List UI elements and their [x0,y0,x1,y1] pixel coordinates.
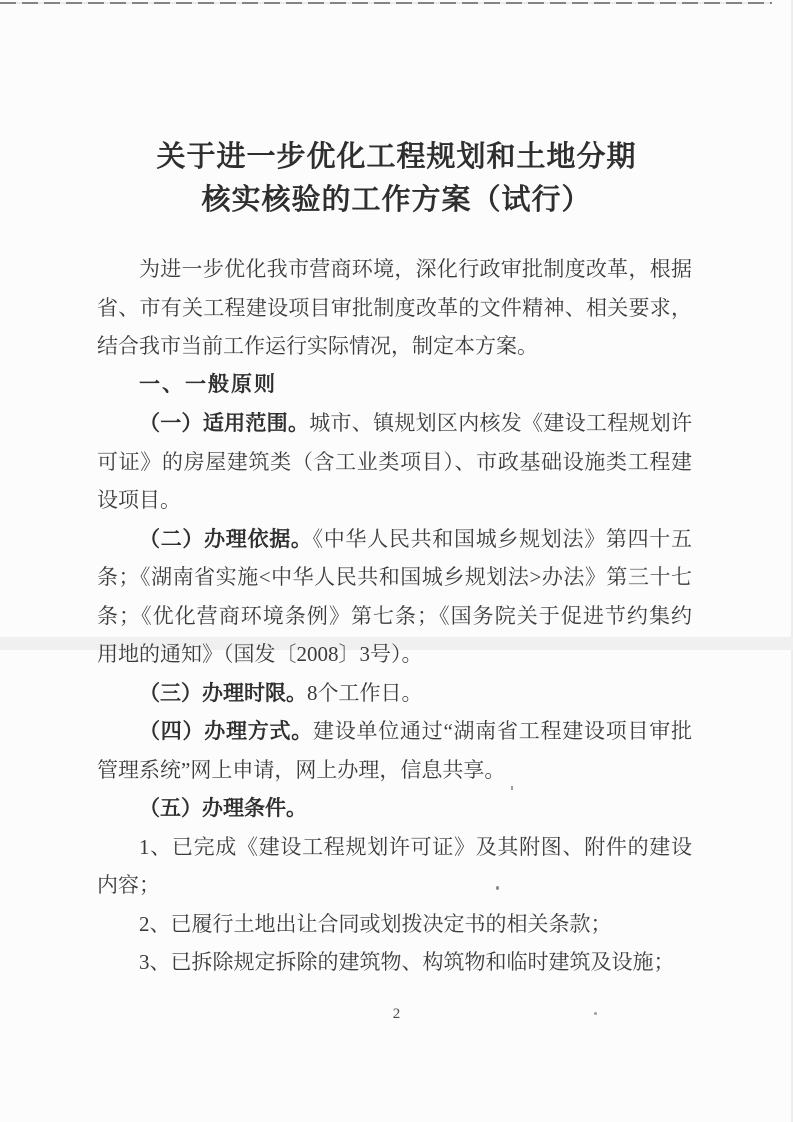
bold-text-segment: （三）办理时限。 [139,681,307,705]
text-line: 管理系统”网上申请，网上办理，信息共享。 [97,751,692,790]
text-line: （一）适用范围。城市、镇规划区内核发《建设工程规划许 [97,404,692,443]
document-title: 关于进一步优化工程规划和土地分期 核实核验的工作方案（试行） [0,0,793,222]
text-segment: 设项目。 [97,488,181,512]
text-line: （四）办理方式。建设单位通过“湖南省工程建设项目审批 [97,712,692,751]
text-segment: 《中华人民共和国城乡规划法》第四十五 [313,527,692,551]
scan-speck [594,1012,597,1015]
text-line: 条；《湖南省实施<中华人民共和国城乡规划法>办法》第三十七 [97,558,692,597]
title-line-2: 核实核验的工作方案（试行） [0,179,793,222]
bold-text-segment: （四）办理方式。 [139,719,313,743]
text-line: 可证》的房屋建筑类（含工业类项目）、市政基础设施类工程建 [97,443,692,482]
text-line: 3、已拆除规定拆除的建筑物、构筑物和临时建筑及设施； [97,943,692,982]
text-line: 省、市有关工程建设项目审批制度改革的文件精神、相关要求， [97,289,692,328]
scanned-document-page: 关于进一步优化工程规划和土地分期 核实核验的工作方案（试行） 为进一步优化我市营… [0,0,793,1122]
bold-text-segment: （五）办理条件。 [139,796,307,820]
bold-text-segment: （二）办理依据。 [139,527,313,551]
title-line-1: 关于进一步优化工程规划和土地分期 [0,136,793,179]
bold-text-segment: （一）适用范围。 [139,411,309,435]
text-line: （五）办理条件。 [97,789,692,828]
text-segment: 条；《湖南省实施<中华人民共和国城乡规划法>办法》第三十七 [97,565,692,589]
text-line: 结合我市当前工作运行实际情况，制定本方案。 [97,327,692,366]
scan-speck [496,886,499,890]
text-line: 内容； [97,866,692,905]
document-content: 关于进一步优化工程规划和土地分期 核实核验的工作方案（试行） 为进一步优化我市营… [0,0,793,982]
text-segment: 城市、镇规划区内核发《建设工程规划许 [309,411,692,435]
text-line: （二）办理依据。《中华人民共和国城乡规划法》第四十五 [97,520,692,559]
text-line: 设项目。 [97,481,692,520]
section-heading: 一、一般原则 [97,366,692,405]
text-segment: 结合我市当前工作运行实际情况，制定本方案。 [97,334,538,358]
text-segment: 可证》的房屋建筑类（含工业类项目）、市政基础设施类工程建 [97,450,692,474]
text-line: （三）办理时限。8个工作日。 [97,674,692,713]
text-segment: 用地的通知》（国发〔2008〕3号）。 [97,642,423,666]
text-segment: 为进一步优化我市营商环境，深化行政审批制度改革，根据 [139,257,692,281]
text-line: 用地的通知》（国发〔2008〕3号）。 [97,635,692,674]
text-segment: 管理系统”网上申请，网上办理，信息共享。 [97,758,505,782]
text-line: 2、已履行土地出让合同或划拨决定书的相关条款； [97,905,692,944]
bold-text-segment: 一、一般原则 [139,373,277,396]
document-body: 为进一步优化我市营商环境，深化行政审批制度改革，根据省、市有关工程建设项目审批制… [97,250,692,982]
text-segment: 内容； [97,873,160,897]
text-line: 条；《优化营商环境条例》第七条；《国务院关于促进节约集约 [97,597,692,636]
scan-speck [511,786,513,790]
text-segment: 条；《优化营商环境条例》第七条；《国务院关于促进节约集约 [97,604,692,628]
text-segment: 3、已拆除规定拆除的建筑物、构筑物和临时建筑及设施； [139,950,675,974]
text-segment: 2、已履行土地出让合同或划拨决定书的相关条款； [139,912,612,936]
text-line: 1、已完成《建设工程规划许可证》及其附图、附件的建设 [97,828,692,867]
text-segment: 1、已完成《建设工程规划许可证》及其附图、附件的建设 [139,835,692,859]
text-segment: 8个工作日。 [307,681,423,705]
text-line: 为进一步优化我市营商环境，深化行政审批制度改革，根据 [97,250,692,289]
text-segment: 建设单位通过“湖南省工程建设项目审批 [313,719,692,743]
page-number: 2 [0,1006,793,1023]
text-segment: 省、市有关工程建设项目审批制度改革的文件精神、相关要求， [97,296,692,320]
